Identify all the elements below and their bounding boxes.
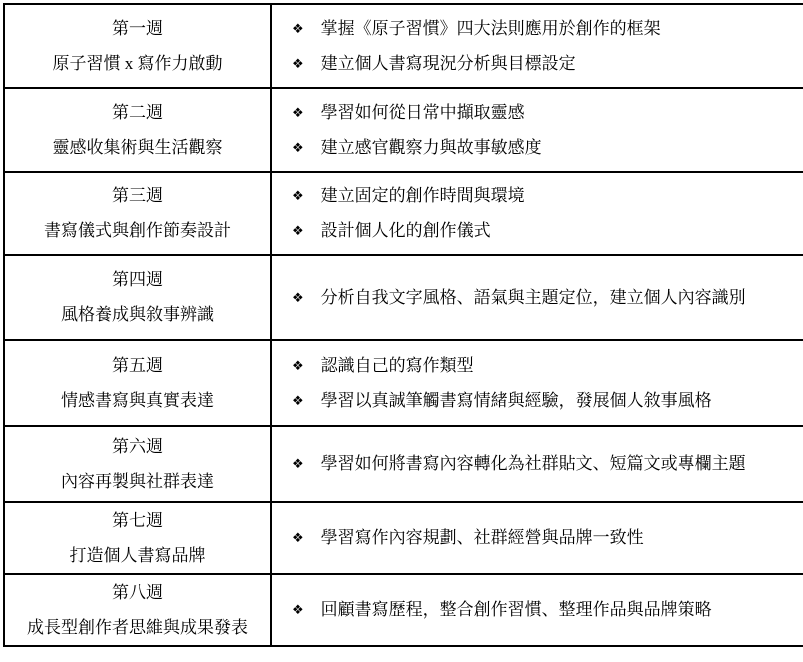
points-cell: ❖ 分析自我文字風格、語氣與主題定位，建立個人內容識別 [271, 255, 803, 340]
week-cell: 第二週 靈感收集術與生活觀察 [4, 88, 271, 172]
week-stack: 第八週 成長型創作者思維與成果發表 [5, 582, 270, 639]
list-item-text: 設計個人化的創作儀式 [321, 220, 793, 242]
week-cell: 第五週 情感書寫與真實表達 [4, 340, 271, 426]
table-row: 第六週 內容再製與社群表達 ❖ 學習如何將書寫內容轉化為社群貼文、短篇文或專欄主… [4, 426, 803, 502]
week-label: 第八週 [112, 582, 163, 604]
list-item: ❖ 認識自己的寫作類型 [292, 355, 793, 377]
week-label: 第六週 [112, 436, 163, 458]
list-item-text: 學習如何將書寫內容轉化為社群貼文、短篇文或專欄主題 [321, 453, 793, 475]
diamond-bullet-icon: ❖ [292, 454, 304, 476]
points-stack: ❖ 學習如何將書寫內容轉化為社群貼文、短篇文或專欄主題 [272, 447, 803, 481]
list-item-text: 學習以真誠筆觸書寫情緒與經驗，發展個人敘事風格 [321, 390, 793, 412]
table-row: 第七週 打造個人書寫品牌 ❖ 學習寫作內容規劃、社群經營與品牌一致性 [4, 502, 803, 574]
list-item: ❖ 掌握《原子習慣》四大法則應用於創作的框架 [292, 18, 793, 40]
diamond-bullet-icon: ❖ [292, 54, 304, 76]
list-item-text: 回顧書寫歷程，整合創作習慣、整理作品與品牌策略 [321, 599, 793, 621]
points-stack: ❖ 掌握《原子習慣》四大法則應用於創作的框架 ❖ 建立個人書寫現況分析與目標設定 [272, 12, 803, 81]
week-stack: 第七週 打造個人書寫品牌 [5, 510, 270, 567]
table-row: 第四週 風格養成與敘事辨識 ❖ 分析自我文字風格、語氣與主題定位，建立個人內容識… [4, 255, 803, 340]
diamond-bullet-icon: ❖ [292, 103, 304, 125]
week-label: 第七週 [112, 510, 163, 532]
list-item: ❖ 建立個人書寫現況分析與目標設定 [292, 53, 793, 75]
points-stack: ❖ 學習如何從日常中擷取靈感 ❖ 建立感官觀察力與故事敏感度 [272, 96, 803, 165]
diamond-bullet-icon: ❖ [292, 356, 304, 378]
diamond-bullet-icon: ❖ [292, 138, 304, 160]
diamond-bullet-icon: ❖ [292, 528, 304, 550]
week-label: 第五週 [112, 355, 163, 377]
list-item: ❖ 學習寫作內容規劃、社群經營與品牌一致性 [292, 527, 793, 549]
course-schedule-table: 第一週 原子習慣 x 寫作力啟動 ❖ 掌握《原子習慣》四大法則應用於創作的框架 … [3, 3, 803, 647]
week-cell: 第七週 打造個人書寫品牌 [4, 502, 271, 574]
diamond-bullet-icon: ❖ [292, 221, 304, 243]
table-row: 第二週 靈感收集術與生活觀察 ❖ 學習如何從日常中擷取靈感 ❖ 建立感官觀察力與… [4, 88, 803, 172]
week-stack: 第一週 原子習慣 x 寫作力啟動 [5, 18, 270, 75]
week-stack: 第五週 情感書寫與真實表達 [5, 355, 270, 412]
list-item: ❖ 分析自我文字風格、語氣與主題定位，建立個人內容識別 [292, 287, 793, 309]
table-row: 第一週 原子習慣 x 寫作力啟動 ❖ 掌握《原子習慣》四大法則應用於創作的框架 … [4, 4, 803, 88]
week-label: 第四週 [112, 269, 163, 291]
diamond-bullet-icon: ❖ [292, 600, 304, 622]
points-stack: ❖ 建立固定的創作時間與環境 ❖ 設計個人化的創作儀式 [272, 179, 803, 248]
diamond-bullet-icon: ❖ [292, 288, 304, 310]
week-label: 第一週 [112, 18, 163, 40]
points-cell: ❖ 學習寫作內容規劃、社群經營與品牌一致性 [271, 502, 803, 574]
points-cell: ❖ 學習如何將書寫內容轉化為社群貼文、短篇文或專欄主題 [271, 426, 803, 502]
week-title: 打造個人書寫品牌 [70, 545, 206, 567]
week-label: 第三週 [112, 185, 163, 207]
week-title: 內容再製與社群表達 [61, 471, 214, 493]
week-stack: 第四週 風格養成與敘事辨識 [5, 269, 270, 326]
points-cell: ❖ 掌握《原子習慣》四大法則應用於創作的框架 ❖ 建立個人書寫現況分析與目標設定 [271, 4, 803, 88]
points-stack: ❖ 認識自己的寫作類型 ❖ 學習以真誠筆觸書寫情緒與經驗，發展個人敘事風格 [272, 349, 803, 418]
week-title: 情感書寫與真實表達 [61, 390, 214, 412]
week-title: 成長型創作者思維與成果發表 [27, 617, 248, 639]
week-cell: 第八週 成長型創作者思維與成果發表 [4, 574, 271, 646]
list-item-text: 分析自我文字風格、語氣與主題定位，建立個人內容識別 [321, 287, 793, 309]
week-cell: 第三週 書寫儀式與創作節奏設計 [4, 172, 271, 255]
week-title: 書寫儀式與創作節奏設計 [44, 220, 231, 242]
list-item: ❖ 建立固定的創作時間與環境 [292, 185, 793, 207]
course-schedule-rows: 第一週 原子習慣 x 寫作力啟動 ❖ 掌握《原子習慣》四大法則應用於創作的框架 … [4, 4, 803, 646]
table-row: 第五週 情感書寫與真實表達 ❖ 認識自己的寫作類型 ❖ 學習以真誠筆觸書寫情緒與… [4, 340, 803, 426]
list-item: ❖ 建立感官觀察力與故事敏感度 [292, 137, 793, 159]
diamond-bullet-icon: ❖ [292, 186, 304, 208]
table-row: 第八週 成長型創作者思維與成果發表 ❖ 回顧書寫歷程，整合創作習慣、整理作品與品… [4, 574, 803, 646]
week-cell: 第六週 內容再製與社群表達 [4, 426, 271, 502]
points-stack: ❖ 分析自我文字風格、語氣與主題定位，建立個人內容識別 [272, 281, 803, 315]
list-item: ❖ 學習以真誠筆觸書寫情緒與經驗，發展個人敘事風格 [292, 390, 793, 412]
list-item: ❖ 設計個人化的創作儀式 [292, 220, 793, 242]
week-stack: 第六週 內容再製與社群表達 [5, 436, 270, 493]
list-item-text: 建立感官觀察力與故事敏感度 [321, 137, 793, 159]
points-stack: ❖ 學習寫作內容規劃、社群經營與品牌一致性 [272, 521, 803, 555]
list-item-text: 掌握《原子習慣》四大法則應用於創作的框架 [321, 18, 793, 40]
list-item-text: 認識自己的寫作類型 [321, 355, 793, 377]
list-item: ❖ 學習如何從日常中擷取靈感 [292, 102, 793, 124]
week-stack: 第二週 靈感收集術與生活觀察 [5, 102, 270, 159]
list-item-text: 學習如何從日常中擷取靈感 [321, 102, 793, 124]
week-stack: 第三週 書寫儀式與創作節奏設計 [5, 185, 270, 242]
points-cell: ❖ 認識自己的寫作類型 ❖ 學習以真誠筆觸書寫情緒與經驗，發展個人敘事風格 [271, 340, 803, 426]
list-item-text: 建立固定的創作時間與環境 [321, 185, 793, 207]
week-cell: 第一週 原子習慣 x 寫作力啟動 [4, 4, 271, 88]
table-row: 第三週 書寫儀式與創作節奏設計 ❖ 建立固定的創作時間與環境 ❖ 設計個人化的創… [4, 172, 803, 255]
week-cell: 第四週 風格養成與敘事辨識 [4, 255, 271, 340]
points-cell: ❖ 學習如何從日常中擷取靈感 ❖ 建立感官觀察力與故事敏感度 [271, 88, 803, 172]
list-item-text: 建立個人書寫現況分析與目標設定 [321, 53, 793, 75]
week-title: 靈感收集術與生活觀察 [53, 137, 223, 159]
list-item: ❖ 學習如何將書寫內容轉化為社群貼文、短篇文或專欄主題 [292, 453, 793, 475]
week-title: 風格養成與敘事辨識 [61, 304, 214, 326]
points-cell: ❖ 回顧書寫歷程，整合創作習慣、整理作品與品牌策略 [271, 574, 803, 646]
points-cell: ❖ 建立固定的創作時間與環境 ❖ 設計個人化的創作儀式 [271, 172, 803, 255]
diamond-bullet-icon: ❖ [292, 19, 304, 41]
week-label: 第二週 [112, 102, 163, 124]
points-stack: ❖ 回顧書寫歷程，整合創作習慣、整理作品與品牌策略 [272, 593, 803, 627]
diamond-bullet-icon: ❖ [292, 391, 304, 413]
list-item: ❖ 回顧書寫歷程，整合創作習慣、整理作品與品牌策略 [292, 599, 793, 621]
list-item-text: 學習寫作內容規劃、社群經營與品牌一致性 [321, 527, 793, 549]
week-title: 原子習慣 x 寫作力啟動 [53, 53, 223, 75]
